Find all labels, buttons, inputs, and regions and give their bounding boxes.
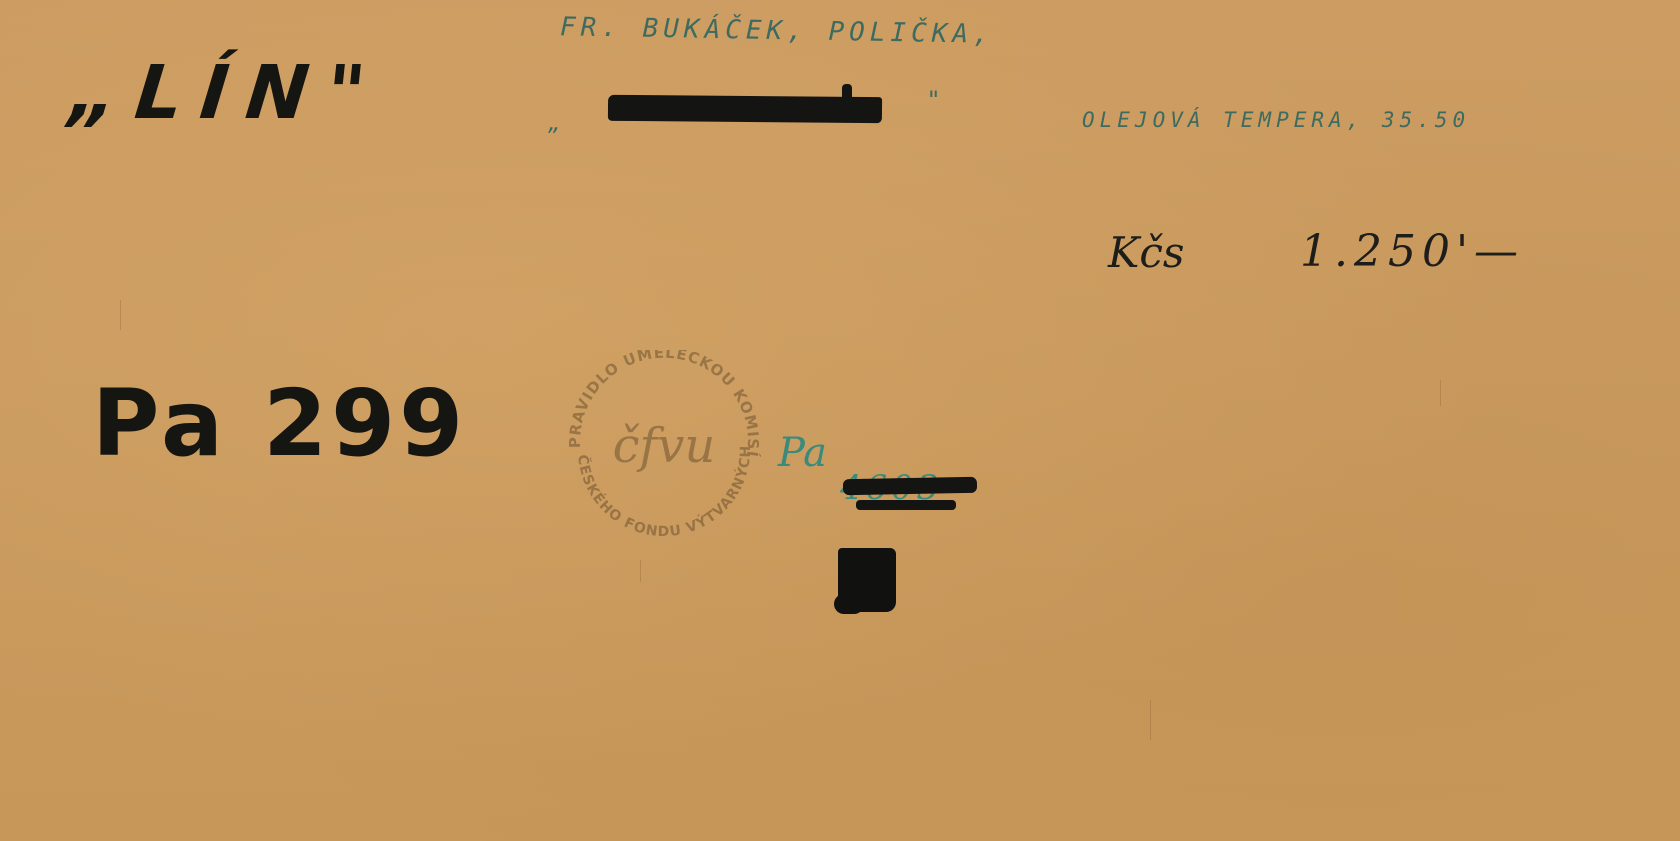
price-currency: Kčs [1108, 228, 1184, 277]
stamp-monogram: čfvu [613, 418, 716, 474]
redaction-ink-blob [842, 84, 852, 102]
redacted-title-close-quote: " [928, 86, 939, 114]
green-annotation-prefix: Pa [778, 430, 827, 476]
ink-block-mark-foot [834, 594, 864, 614]
paper-fiber [1440, 380, 1441, 406]
redacted-title-open-quote: „ [548, 108, 560, 136]
strikethrough-bar [856, 500, 956, 510]
stamp-seal-icon: PRAVIDLO UMĚLECKOU KOMISÍ ČESKÉHO FONDU … [564, 350, 764, 540]
paper-fiber [640, 560, 641, 582]
title-inscription: „LÍN" [65, 50, 387, 136]
inventory-number: Pa 299 [92, 370, 467, 477]
price-amount: 1.250'— [1300, 226, 1524, 277]
strikethrough-bar [843, 477, 977, 495]
paper-fiber [1150, 700, 1151, 740]
technique-inscription: OLEJOVÁ TEMPERA, 35.50 [1082, 108, 1470, 132]
redaction-bar [608, 95, 882, 123]
paper-fiber [120, 300, 121, 330]
